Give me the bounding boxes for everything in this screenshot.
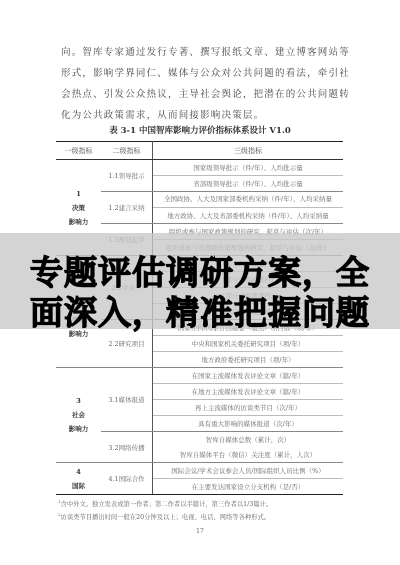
paragraph-line: 形式，影响学界同仁、媒体与公众对公共问题的看法，牵引社 [61,63,343,84]
level3-cell: 再上主流媒体的访谈类节目（次/年） [153,400,344,416]
level2-cell: 3.2网络传播 [101,432,153,463]
table-caption: 表 3-1 中国智库影响力评价指标体系设计 V1.0 [0,124,400,136]
level2-cell: 3.1媒体报道 [101,368,153,432]
level2-cell: 1.1领导批示 [101,160,153,192]
title-banner: 专题评估调研方案，全 面深入，精准把握问题 [0,233,400,329]
level3-cell: 在国家主流媒体发表评论文章（篇/年） [153,368,344,384]
level3-cell: 地方政府委托研究项目（项/年） [153,352,344,368]
table-row: 4国际 4.1国际合作 国际会议/学术会议参会人员/国际组织人员比例（%） [56,463,343,479]
level3-cell: 在地方主流媒体发表评论文章（篇/年） [153,384,344,400]
page-number: 17 [0,528,400,535]
header-level3: 三级指标 [153,142,344,160]
footnote-text: 含中外文。独立发表或第一作者；第二作者以半篇计，第三作者以1/3篇计。 [61,501,273,508]
level1-cell: 4国际 [56,463,101,495]
document-page: 向。智库专家通过发行专著、撰写报纸文章、建立博客网站等 形式，影响学界同仁、媒体… [0,0,400,565]
level3-cell: 中央和国家机关委托研究项目（项/年） [153,336,344,352]
level3-cell: 国际会议/学术会议参会人员/国际组织人员比例（%） [153,463,344,479]
level3-cell: 全国政协、人大及国家部委机构采纳（件/年）、人均采纳量 [153,192,344,208]
level3-cell: 具有重大影响的媒体报道（次/年） [153,416,344,432]
level3-cell: 国家级领导批示（件/年）、人均批示量 [153,160,344,176]
paragraph-line: 化为公共政策需求，从而间接影响决策层。 [61,105,343,126]
table-header-row: 一级指标 二级指标 三级指标 [56,142,343,160]
footnote: 1含中外文。独立发表或第一作者；第二作者以半篇计，第三作者以1/3篇计。 [58,497,358,510]
table-row: 3社会影响力 3.1媒体报道 在国家主流媒体发表评论文章（篇/年） [56,368,343,384]
level2-cell: 4.1国际合作 [101,463,153,495]
level3-cell: 地方政协、人大及省部委机构采纳（件/年）、人均采纳量 [153,208,344,224]
paragraph-line: 会热点、引发公众热议，主导社会舆论，把潜在的公共问题转 [61,84,343,105]
table-row: 1决策影响力 1.1领导批示 国家级领导批示（件/年）、人均批示量 [56,160,343,176]
header-level2: 二级指标 [101,142,153,160]
paragraph-line: 向。智库专家通过发行专著、撰写报纸文章、建立博客网站等 [61,42,343,63]
header-level1: 一级指标 [56,142,101,160]
footnotes: 1含中外文。独立发表或第一作者；第二作者以半篇计，第三作者以1/3篇计。 2访谈… [58,497,358,523]
footnote: 2访谈类节目播出时间一般在20分钟及以上；电视、电话、网络等各种形式。 [58,510,358,523]
footnote-text: 访谈类节目播出时间一般在20分钟及以上；电视、电话、网络等各种形式。 [61,514,271,521]
level3-cell: 智库自媒体平台（微信）关注度（累计，人次） [153,447,344,463]
body-paragraph: 向。智库专家通过发行专著、撰写报纸文章、建立博客网站等 形式，影响学界同仁、媒体… [61,42,343,126]
banner-title-line: 面深入，精准把握问题 [0,287,400,334]
level3-cell: 智库自媒体总数（累计，次） [153,432,344,448]
level3-cell: 省部级领导批示（件/年）、人均批示量 [153,176,344,192]
level3-cell: 在主要发达国家设立分支机构（是/否） [153,479,344,495]
level2-cell: 1.2建言采纳 [101,192,153,224]
level1-cell: 3社会影响力 [56,368,101,463]
